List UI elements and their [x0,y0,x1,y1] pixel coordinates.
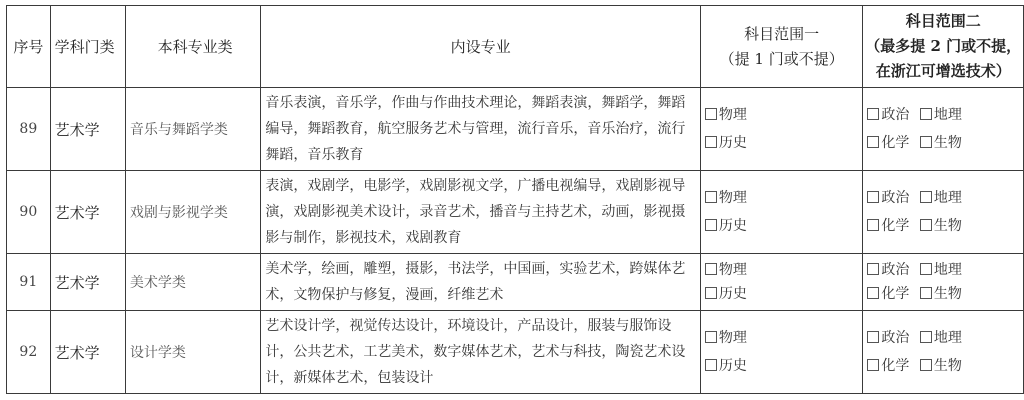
cell-category: 艺术学 [50,88,125,171]
cell-category: 艺术学 [50,171,125,254]
cell-category: 艺术学 [50,311,125,394]
header-subject-range-2-note-2: 在浙江可增选技术） [863,59,1023,84]
checkbox-icon [867,359,879,371]
cell-subject-range-1: 物理 历史 [700,171,863,254]
checkbox-icon [867,191,879,203]
checkbox-icon [705,359,717,371]
checkbox-chemistry[interactable]: 化学 [867,129,909,157]
header-class: 本科专业类 [125,6,260,88]
header-subject-range-2-title: 科目范围二 [863,9,1023,34]
checkbox-politics[interactable]: 政治 [867,101,909,129]
table-row: 90 艺术学 戏剧与影视学类 表演，戏剧学，电影学，戏剧影视文学，广播电视编导，… [7,171,1024,254]
cell-class: 美术学类 [125,254,260,311]
checkbox-icon [867,331,879,343]
cell-subject-range-1: 物理 历史 [700,311,863,394]
cell-majors: 音乐表演，音乐学，作曲与作曲技术理论，舞蹈表演，舞蹈学，舞蹈编导，舞蹈教育，航空… [261,88,701,171]
cell-subject-range-1: 物理 历史 [700,88,863,171]
header-subject-range-1: 科目范围一 （提 1 门或不提） [700,6,863,88]
cell-majors: 艺术设计学，视觉传达设计，环境设计，产品设计，服装与服饰设计，公共艺术，工艺美术… [261,311,701,394]
header-majors: 内设专业 [261,6,701,88]
cell-majors: 美术学，绘画，雕塑，摄影，书法学，中国画，实验艺术，跨媒体艺术，文物保护与修复，… [261,254,701,311]
checkbox-icon [705,287,717,299]
header-subject-range-1-note: （提 1 门或不提） [701,47,863,72]
checkbox-physics[interactable]: 物理 [705,258,747,282]
header-row: 序号 学科门类 本科专业类 内设专业 科目范围一 （提 1 门或不提） 科目范围… [7,6,1024,88]
checkbox-icon [920,108,932,120]
checkbox-history[interactable]: 历史 [705,282,747,306]
header-category: 学科门类 [50,6,125,88]
checkbox-politics[interactable]: 政治 [867,258,909,282]
checkbox-politics[interactable]: 政治 [867,324,909,352]
header-subject-range-2: 科目范围二 （最多提 2 门或不提， 在浙江可增选技术） [863,6,1024,88]
checkbox-icon [705,263,717,275]
checkbox-physics[interactable]: 物理 [705,101,747,129]
cell-seq: 90 [7,171,51,254]
cell-subject-range-2: 政治 地理 化学 生物 [863,311,1024,394]
checkbox-geography[interactable]: 地理 [920,101,962,129]
checkbox-icon [920,136,932,148]
checkbox-icon [705,191,717,203]
checkbox-physics[interactable]: 物理 [705,324,747,352]
checkbox-icon [867,287,879,299]
cell-subject-range-2: 政治 地理 化学 生物 [863,254,1024,311]
checkbox-biology[interactable]: 生物 [920,129,962,157]
checkbox-history[interactable]: 历史 [705,129,747,157]
header-seq: 序号 [7,6,51,88]
checkbox-chemistry[interactable]: 化学 [867,212,909,240]
checkbox-geography[interactable]: 地理 [920,324,962,352]
cell-seq: 92 [7,311,51,394]
checkbox-biology[interactable]: 生物 [920,282,962,306]
checkbox-icon [705,219,717,231]
checkbox-politics[interactable]: 政治 [867,184,909,212]
cell-majors: 表演，戏剧学，电影学，戏剧影视文学，广播电视编导，戏剧影视导演，戏剧影视美术设计… [261,171,701,254]
checkbox-icon [920,359,932,371]
checkbox-icon [920,219,932,231]
checkbox-icon [867,136,879,148]
checkbox-history[interactable]: 历史 [705,352,747,380]
cell-seq: 91 [7,254,51,311]
table-row: 91 艺术学 美术学类 美术学，绘画，雕塑，摄影，书法学，中国画，实验艺术，跨媒… [7,254,1024,311]
checkbox-physics[interactable]: 物理 [705,184,747,212]
checkbox-chemistry[interactable]: 化学 [867,352,909,380]
checkbox-geography[interactable]: 地理 [920,258,962,282]
cell-class: 戏剧与影视学类 [125,171,260,254]
checkbox-icon [920,191,932,203]
checkbox-icon [705,136,717,148]
checkbox-icon [920,263,932,275]
checkbox-geography[interactable]: 地理 [920,184,962,212]
header-subject-range-1-title: 科目范围一 [701,22,863,47]
cell-subject-range-1: 物理 历史 [700,254,863,311]
cell-seq: 89 [7,88,51,171]
cell-class: 音乐与舞蹈学类 [125,88,260,171]
table-row: 92 艺术学 设计学类 艺术设计学，视觉传达设计，环境设计，产品设计，服装与服饰… [7,311,1024,394]
header-subject-range-2-note-1: （最多提 2 门或不提， [863,34,1023,59]
checkbox-icon [867,108,879,120]
checkbox-chemistry[interactable]: 化学 [867,282,909,306]
checkbox-icon [867,219,879,231]
checkbox-icon [705,331,717,343]
checkbox-icon [867,263,879,275]
checkbox-icon [920,287,932,299]
checkbox-biology[interactable]: 生物 [920,352,962,380]
table-row: 89 艺术学 音乐与舞蹈学类 音乐表演，音乐学，作曲与作曲技术理论，舞蹈表演，舞… [7,88,1024,171]
subject-requirements-table: 序号 学科门类 本科专业类 内设专业 科目范围一 （提 1 门或不提） 科目范围… [6,5,1024,394]
checkbox-icon [705,108,717,120]
checkbox-icon [920,331,932,343]
cell-subject-range-2: 政治 地理 化学 生物 [863,171,1024,254]
cell-category: 艺术学 [50,254,125,311]
cell-subject-range-2: 政治 地理 化学 生物 [863,88,1024,171]
checkbox-history[interactable]: 历史 [705,212,747,240]
checkbox-biology[interactable]: 生物 [920,212,962,240]
cell-class: 设计学类 [125,311,260,394]
